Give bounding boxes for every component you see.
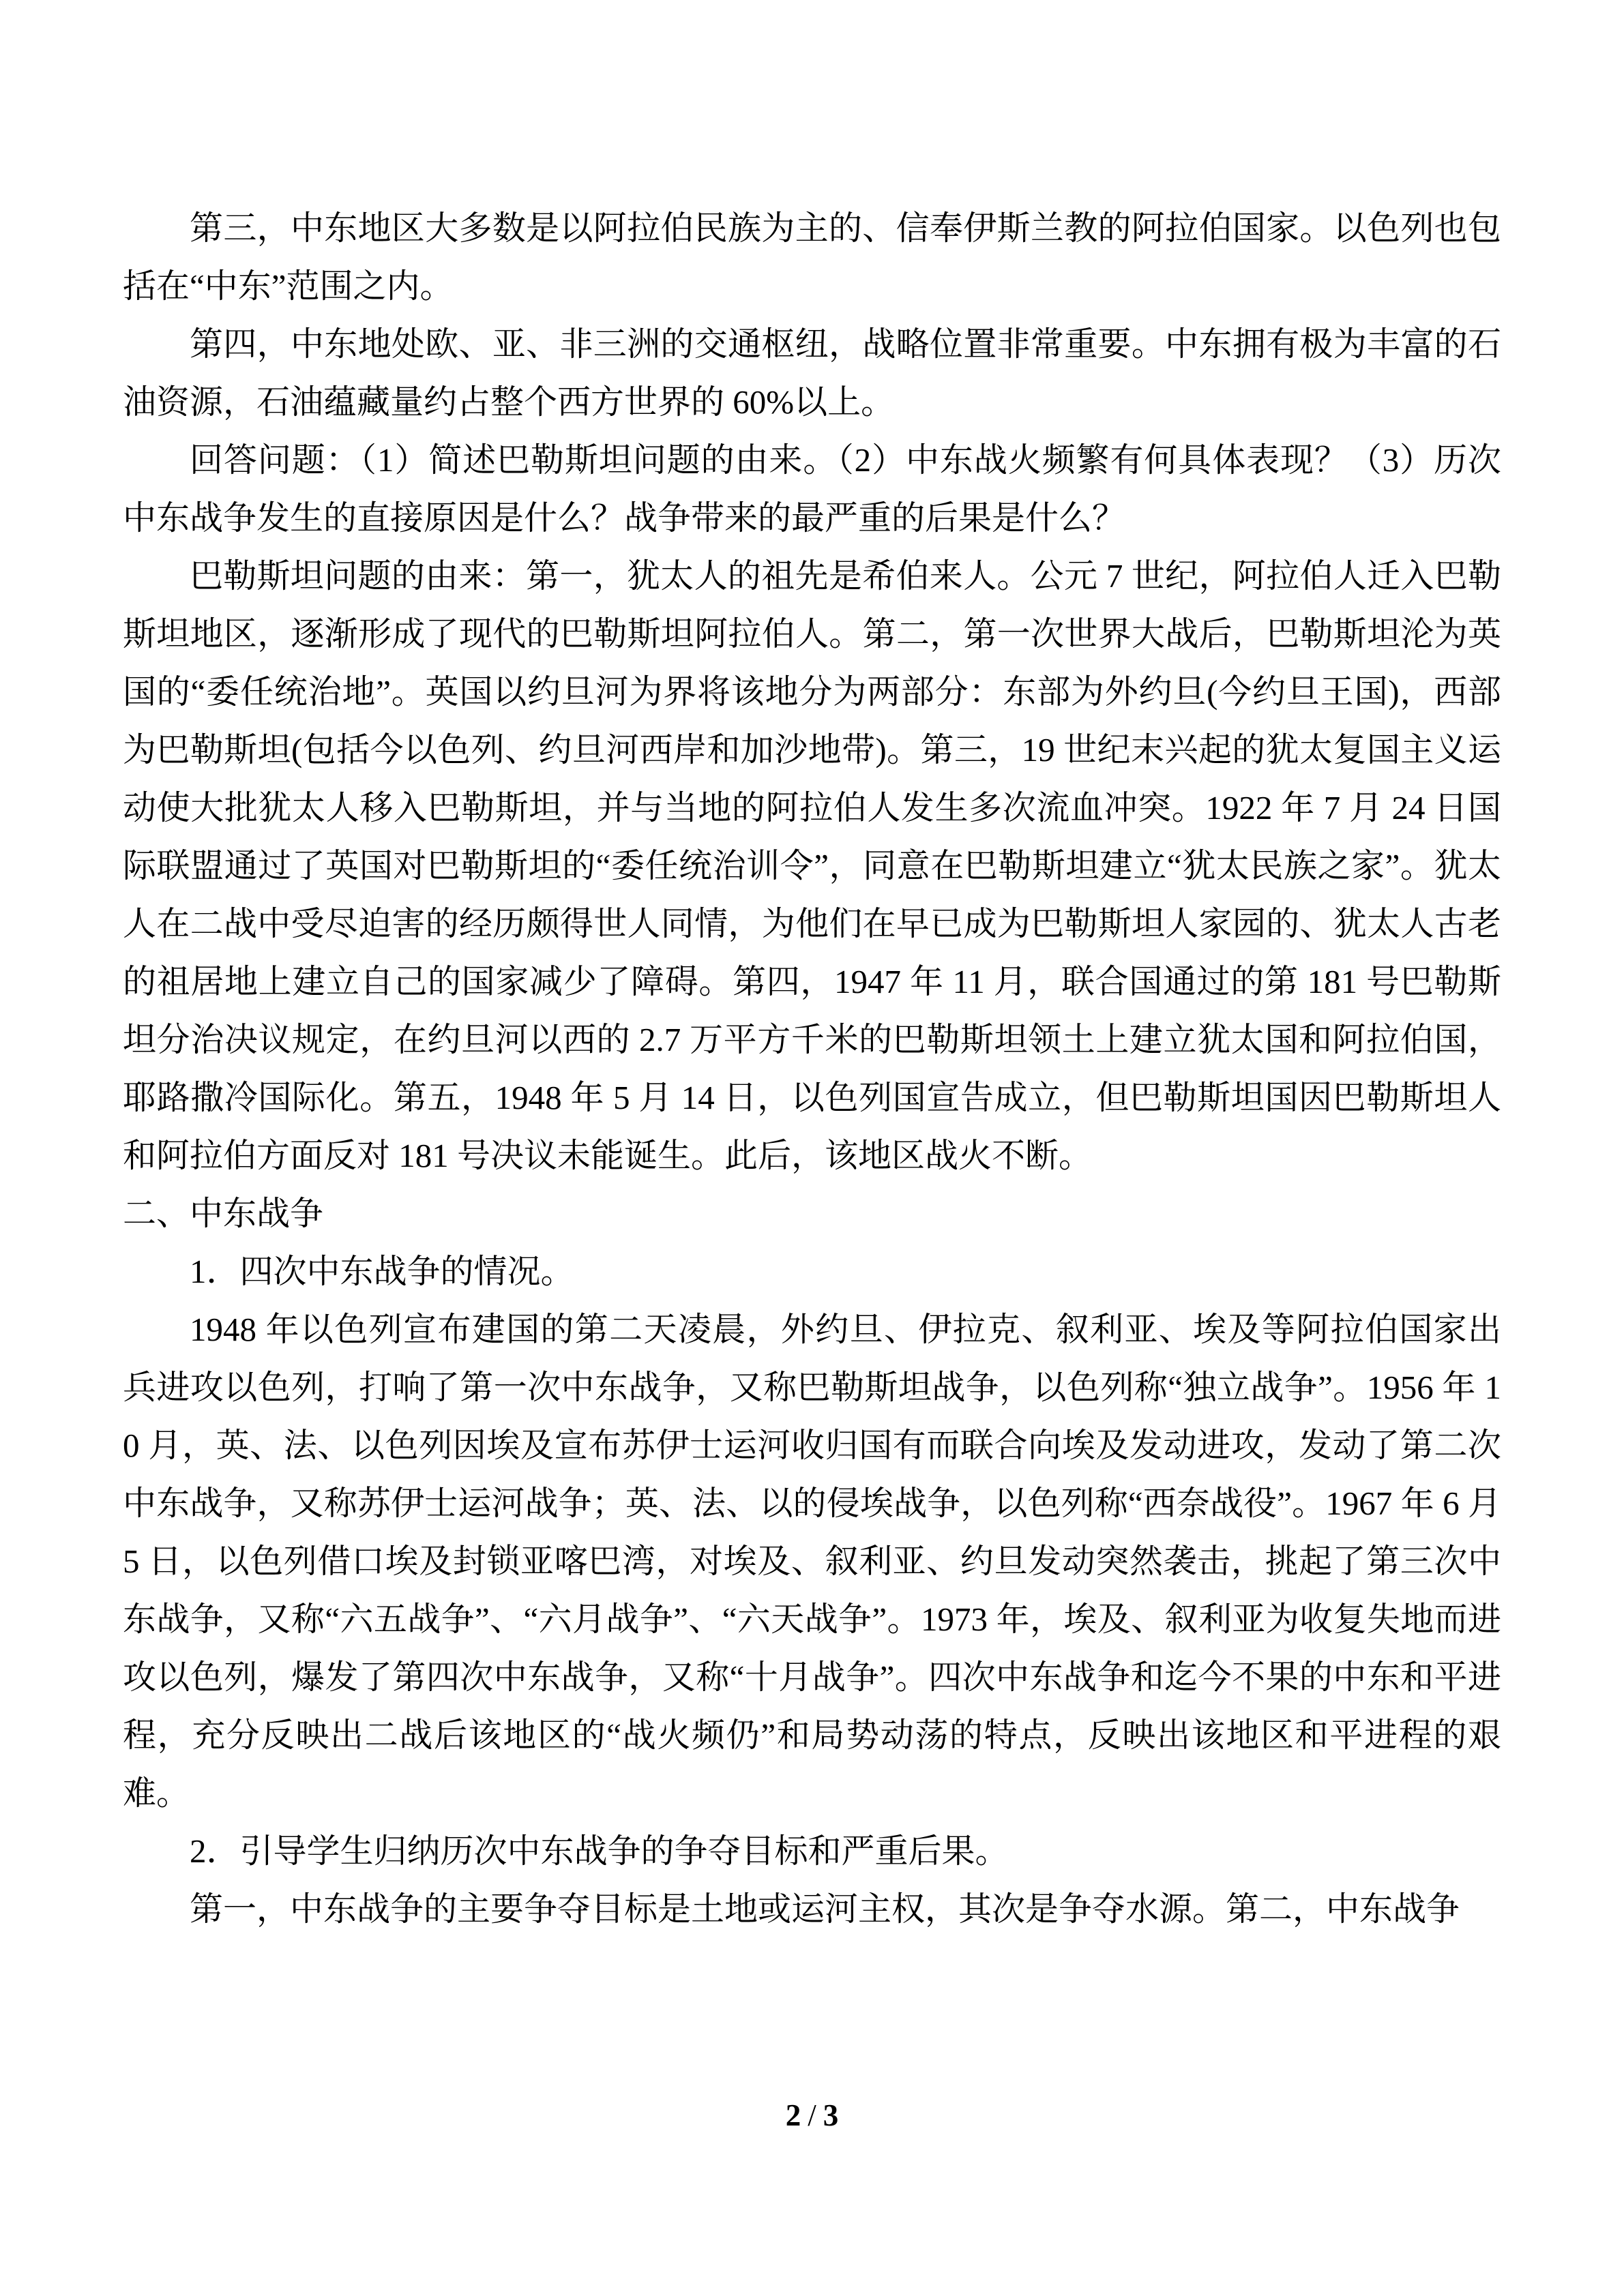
paragraph-palestine-origin: 巴勒斯坦问题的由来：第一，犹太人的祖先是希伯来人。公元 7 世纪，阿拉伯人迁入巴… (123, 547, 1501, 1184)
heading-middle-east-wars: 二、中东战争 (123, 1184, 1501, 1242)
page-number: 2/3 (0, 2095, 1624, 2136)
paragraph-point-four: 第四，中东地处欧、亚、非三洲的交通枢纽，战略位置非常重要。中东拥有极为丰富的石油… (123, 315, 1501, 431)
paragraph-guide-students: 2．引导学生归纳历次中东战争的争夺目标和严重后果。 (123, 1822, 1501, 1880)
page-number-total: 3 (823, 2098, 839, 2132)
document-page: 第三，中东地区大多数是以阿拉伯民族为主的、信奉伊斯兰教的阿拉伯国家。以色列也包括… (0, 0, 1624, 2296)
paragraph-questions: 回答问题：（1）简述巴勒斯坦问题的由来。（2）中东战火频繁有何具体表现？（3）历… (123, 431, 1501, 547)
paragraph-four-wars-detail: 1948 年以色列宣布建国的第二天凌晨，外约旦、伊拉克、叙利亚、埃及等阿拉伯国家… (123, 1300, 1501, 1822)
document-body: 第三，中东地区大多数是以阿拉伯民族为主的、信奉伊斯兰教的阿拉伯国家。以色列也包括… (123, 199, 1501, 1938)
page-number-current: 2 (786, 2098, 801, 2132)
paragraph-four-wars-heading: 1．四次中东战争的情况。 (123, 1242, 1501, 1300)
page-number-separator: / (801, 2098, 823, 2132)
paragraph-war-goals: 第一，中东战争的主要争夺目标是土地或运河主权，其次是争夺水源。第二，中东战争 (123, 1880, 1501, 1938)
paragraph-point-three: 第三，中东地区大多数是以阿拉伯民族为主的、信奉伊斯兰教的阿拉伯国家。以色列也包括… (123, 199, 1501, 315)
